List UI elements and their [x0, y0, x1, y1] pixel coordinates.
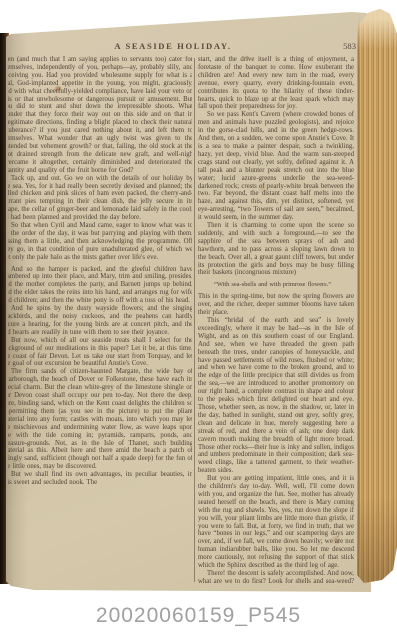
- paragraph: But you are getting impatient, little on…: [198, 475, 354, 570]
- verse-quote: “With sea-shells and with primrose flowe…: [198, 281, 354, 289]
- right-column: start, and the drive itself is a thing o…: [198, 56, 354, 585]
- paragraph: This in the spring-time, but now the spr…: [198, 293, 354, 317]
- paragraph: And so the hamper is packed, and the gle…: [8, 266, 192, 306]
- left-column-inner: dren (and much that I am saying applies …: [8, 56, 192, 487]
- paragraph: dren (and much that I am saying applies …: [8, 56, 192, 175]
- column-divider-rule: [194, 58, 195, 582]
- paragraph: Then it is charming to come upon the sce…: [198, 222, 354, 277]
- left-column: dren (and much that I am saying applies …: [8, 56, 192, 585]
- running-header-title: A SEASIDE HOLIDAY.: [10, 41, 336, 51]
- page-number: 583: [330, 41, 356, 51]
- paragraph: This “bridal of the earth and sea” is lo…: [198, 317, 354, 475]
- paragraph: The firm sands of citizen-haunted Margat…: [8, 368, 192, 471]
- paragraph: But we shall find its own advantages, it…: [8, 471, 192, 487]
- paragraph: So that when Cyril and Maud came, eager …: [8, 222, 192, 262]
- paragraph: And he spins by the dusty wayside flower…: [8, 305, 192, 337]
- fore-edge-crease: [358, 14, 360, 580]
- archive-label: 20020060159_P545: [0, 604, 397, 628]
- paragraph: So we pass Kent's Cavern (where crowded …: [198, 111, 354, 222]
- paragraph: Tack up, and out. Go we on with the deta…: [8, 175, 192, 222]
- book-photo: A SEASIDE HOLIDAY. 583 dren (and much th…: [0, 0, 397, 640]
- book-fore-edge: [357, 9, 397, 583]
- paragraph: There! the descent is safely accomplishe…: [198, 570, 354, 585]
- paragraph: But now, which of all our seaside treats…: [8, 337, 192, 369]
- paragraph: start, and the drive itself is a thing o…: [198, 56, 354, 111]
